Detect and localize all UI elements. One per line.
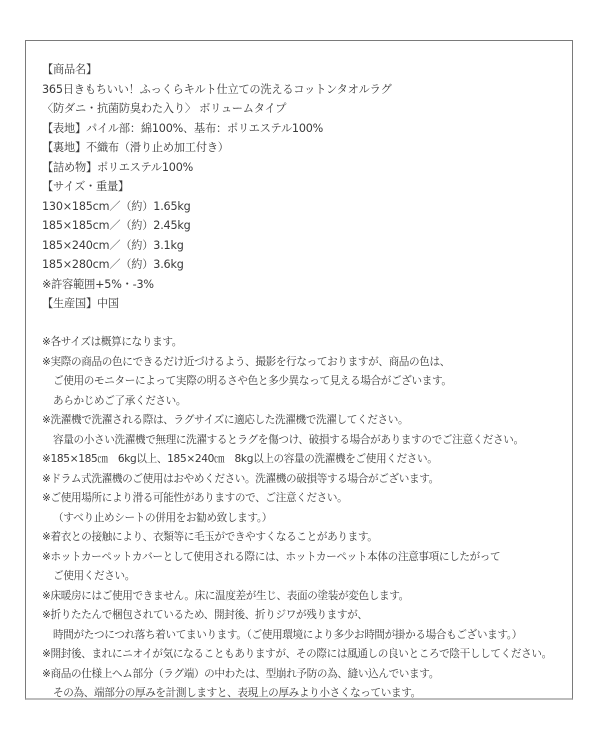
country-of-origin: 【生産国】中国 (42, 294, 566, 314)
note-item-continuation: （すべり止めシートの併用をお勧め致します。） (42, 509, 566, 529)
note-item-continuation: あらかじめご了承ください。 (42, 392, 566, 412)
note-item: ※開封後、まれにニオイが気になることもありますが、その際には風通しの良いところで… (42, 645, 566, 665)
note-item: ※折りたたんで梱包されているため、開封後、折りジワが残りますが、 (42, 606, 566, 626)
note-item: ※ご使用場所により滑る可能性がありますので、ご注意ください。 (42, 489, 566, 509)
note-item: ※商品の仕様上ヘム部分（ラグ端）の中わたは、型崩れ予防の為、縫い込んでいます。 (42, 665, 566, 685)
note-item: ※ドラム式洗濯機のご使用はおやめください。洗濯機の破損等する場合がございます。 (42, 470, 566, 490)
note-item: ※実際の商品の色にできるだけ近づけるよう、撮影を行なっておりますが、商品の色は、 (42, 353, 566, 373)
note-item-continuation: ご使用ください。 (42, 567, 566, 587)
note-item: ※ホットカーペットカバーとして使用される際には、ホットカーペット本体の注意事項に… (42, 548, 566, 568)
note-item-continuation: その為、端部分の厚みを計測しますと、表現上の厚みより小さくなっています。 (42, 684, 566, 704)
filling-material: 【詰め物】ポリエステル100% (42, 158, 566, 178)
note-item: ※各サイズは概算になります。 (42, 333, 566, 353)
size-weight-heading: 【サイズ・重量】 (42, 177, 566, 197)
product-name-heading: 【商品名】 (42, 60, 566, 80)
product-name-line-1: 365日きもちいい！ふっくらキルト仕立ての洗えるコットンタオルラグ (42, 80, 566, 100)
note-item: ※床暖房にはご使用できません。床に温度差が生じ、表面の塗装が変色します。 (42, 587, 566, 607)
note-item: ※185×185㎝ 6kg以上、185×240㎝ 8kg以上の容量の洗濯機をご使… (42, 450, 566, 470)
surface-material: 【表地】パイル部：綿100%、基布：ポリエステル100% (42, 119, 566, 139)
weight-tolerance: ※許容範囲+5%・-3% (42, 275, 566, 295)
notes-list: ※各サイズは概算になります。 ※実際の商品の色にできるだけ近づけるよう、撮影を行… (42, 333, 566, 704)
product-name-line-2: 〈防ダニ・抗菌防臭わた入り〉 ボリュームタイプ (42, 99, 566, 119)
size-row: 130×185cm／（約）1.65kg (42, 197, 566, 217)
spec-content: 【商品名】 365日きもちいい！ふっくらキルト仕立ての洗えるコットンタオルラグ … (42, 60, 566, 704)
note-item: ※着衣との接触により、衣類等に毛玉ができやすくなることがあります。 (42, 528, 566, 548)
note-item-continuation: 時間がたつにつれ落ち着いてまいります。（ご使用環境により多少お時間が掛かる場合も… (42, 626, 566, 646)
note-item-continuation: 容量の小さい洗濯機で無理に洗濯するとラグを傷つけ、破損する場合がありますのでご注… (42, 431, 566, 451)
size-row: 185×240cm／（約）3.1kg (42, 236, 566, 256)
note-item-continuation: ご使用のモニターによって実際の明るさや色と多少異なって見える場合がございます。 (42, 372, 566, 392)
size-row: 185×280cm／（約）3.6kg (42, 255, 566, 275)
section-spacer (42, 314, 566, 334)
backing-material: 【裏地】不織布（滑り止め加工付き） (42, 138, 566, 158)
size-row: 185×185cm／（約）2.45kg (42, 216, 566, 236)
product-spec-box: 【商品名】 365日きもちいい！ふっくらキルト仕立ての洗えるコットンタオルラグ … (25, 40, 573, 700)
note-item: ※洗濯機で洗濯される際は、ラグサイズに適応した洗濯機で洗濯してください。 (42, 411, 566, 431)
